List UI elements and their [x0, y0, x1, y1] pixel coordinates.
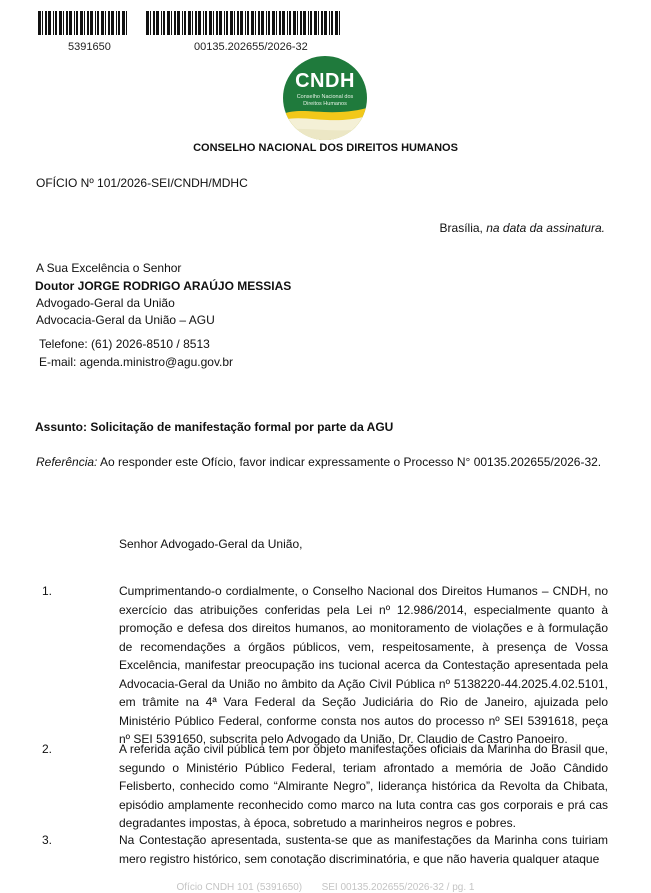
- subject-label: Assunto:: [35, 420, 87, 434]
- recipient-role: Advogado-Geral da União: [36, 296, 175, 310]
- recipient-organization: Advocacia-Geral da União – AGU: [36, 313, 215, 327]
- recipient-phone: Telefone: (61) 2026-8510 / 8513: [39, 337, 210, 351]
- logo-subtitle-1: Conselho Nacional dos: [283, 94, 367, 101]
- barcode-document-id: [38, 11, 130, 35]
- footer-left: Ofício CNDH 101 (5391650): [177, 882, 303, 893]
- recipient-email: E-mail: agenda.ministro@agu.gov.br: [39, 355, 233, 369]
- document-number: OFÍCIO Nº 101/2026-SEI/CNDH/MDHC: [36, 176, 248, 190]
- barcode-process-number: [146, 11, 344, 35]
- recipient-salutation: A Sua Excelência o Senhor: [36, 261, 181, 275]
- barcode-document-id-label: 5391650: [68, 41, 111, 53]
- reference-line: Referência: Ao responder este Ofício, fa…: [36, 455, 601, 469]
- reference-text: Ao responder este Ofício, favor indicar …: [100, 455, 601, 469]
- paragraph-1-number: 1.: [42, 584, 52, 598]
- date-line: Brasília, na data da assinatura.: [440, 221, 605, 235]
- institution-heading: CONSELHO NACIONAL DOS DIREITOS HUMANOS: [0, 142, 651, 154]
- subject-line: Assunto: Solicitação de manifestação for…: [35, 420, 393, 434]
- footer-right: SEI 00135.202655/2026-32 / pg. 1: [322, 882, 475, 893]
- logo-acronym: CNDH: [283, 70, 367, 93]
- paragraph-2-text: A referida ação civil pública tem por ob…: [119, 740, 608, 833]
- subject-text: Solicitação de manifestação formal por p…: [90, 420, 393, 434]
- paragraph-3-number: 3.: [42, 833, 52, 847]
- recipient-name: Doutor JORGE RODRIGO ARAÚJO MESSIAS: [35, 279, 291, 293]
- date-text: na data da assinatura.: [486, 221, 605, 235]
- cndh-logo: CNDH Conselho Nacional dos Direitos Huma…: [283, 56, 367, 140]
- reference-label: Referência:: [36, 455, 97, 469]
- greeting: Senhor Advogado-Geral da União,: [119, 537, 302, 551]
- logo-subtitle-2: Direitos Humanos: [283, 101, 367, 108]
- paragraph-2-number: 2.: [42, 742, 52, 756]
- paragraph-3-text: Na Contestação apresentada, sustenta-se …: [119, 831, 608, 868]
- barcode-process-number-label: 00135.202655/2026-32: [194, 41, 308, 53]
- page-footer: Ofício CNDH 101 (5391650) SEI 00135.2026…: [0, 882, 651, 893]
- paragraph-1-text: Cumprimentando-o cordialmente, o Conselh…: [119, 582, 608, 749]
- date-place: Brasília,: [440, 221, 483, 235]
